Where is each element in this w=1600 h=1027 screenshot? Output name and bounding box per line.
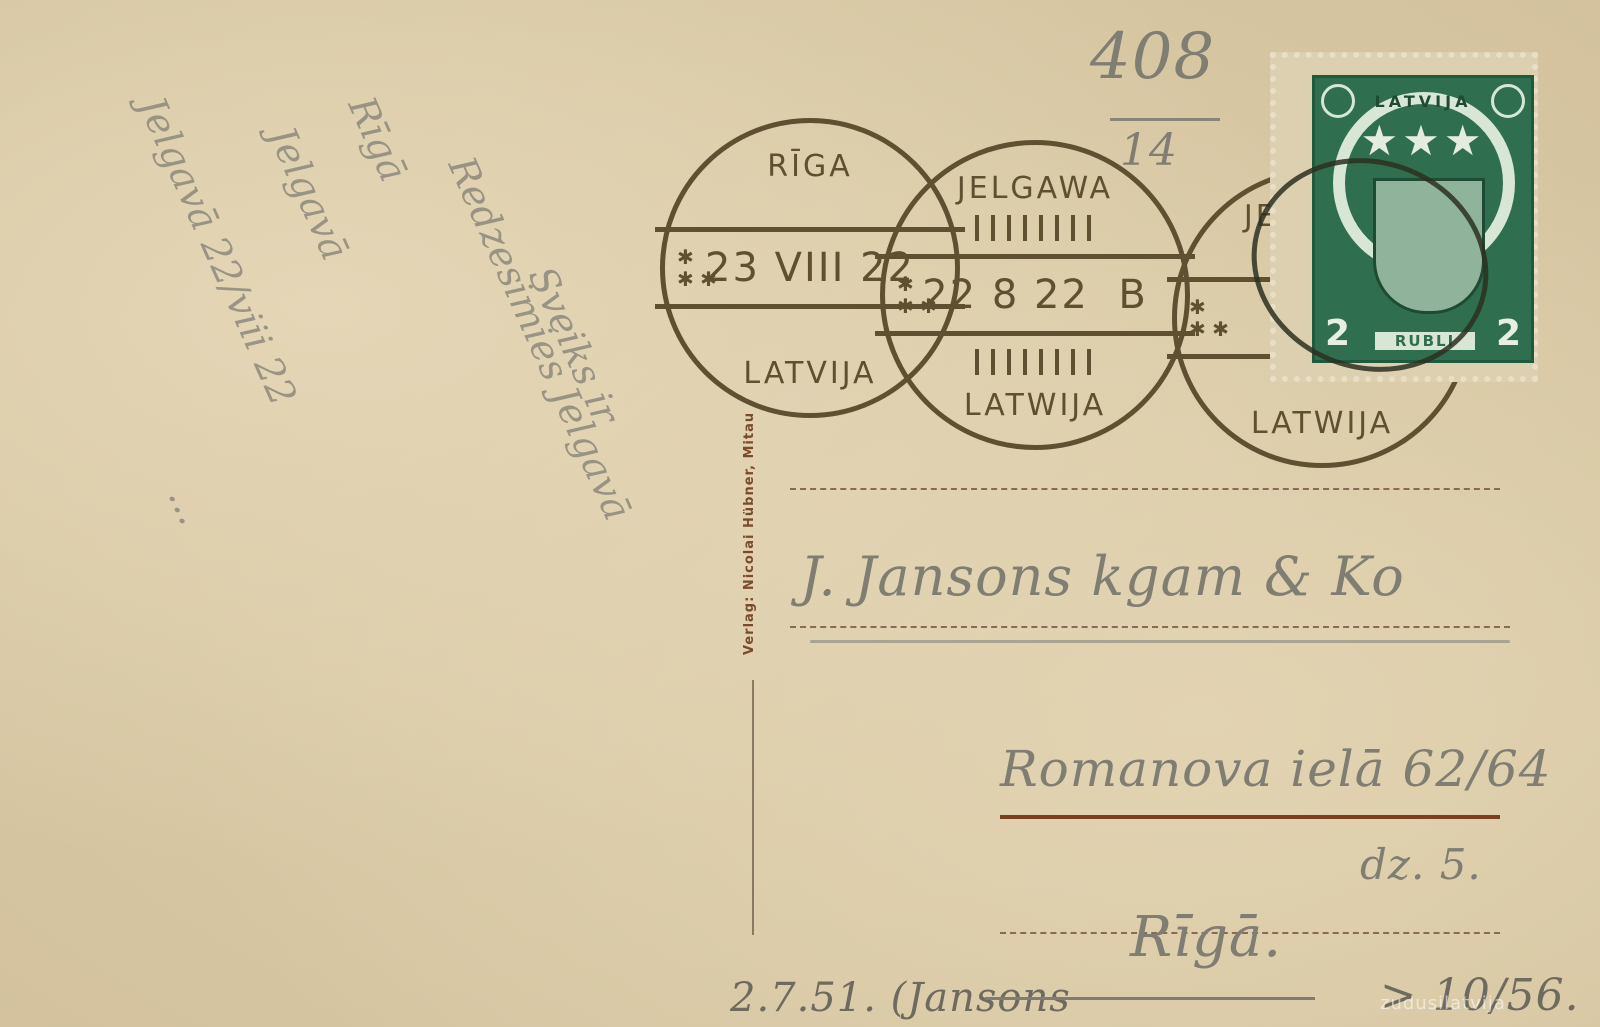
address-rule-1 xyxy=(790,488,1500,490)
message-line: ... xyxy=(160,480,215,531)
archive-number-rule xyxy=(1110,118,1220,121)
recipient-name: J. Jansons kgam & Ko xyxy=(800,545,1405,608)
address-rule-2 xyxy=(790,626,1510,628)
recipient-apartment: dz. 5. xyxy=(1360,840,1482,889)
publisher-imprint: Verlag: Nicolai Hübner, Mitau xyxy=(742,412,757,655)
postmark-country: LATWIJA xyxy=(885,388,1185,423)
archive-number-top: 408 xyxy=(1090,20,1215,94)
postmark-date: 22 8 22 B xyxy=(885,272,1185,318)
postmark-city: JELGAWA xyxy=(885,171,1185,206)
postmark-series: B xyxy=(1118,272,1147,318)
postmark-country: LATWIJA xyxy=(1177,406,1467,441)
postmark-stars-icon: ✱✱ ✱ xyxy=(1189,296,1229,340)
postmark-jelgava: JELGAWA ✱✱ ✱ 22 8 22 B LATWIJA xyxy=(880,140,1190,450)
stamp-value-right: 2 xyxy=(1496,313,1521,354)
address-rule-3 xyxy=(1000,815,1500,819)
postcard: Jelgavā 22/viii 22 Rīgā Redzesimies Jelg… xyxy=(0,0,1600,1027)
stamp-country: LATVIJA xyxy=(1315,92,1531,111)
recipient-street: Romanova ielā 62/64 xyxy=(1000,740,1552,798)
recipient-city: Rīgā. xyxy=(1130,905,1282,970)
annotation-line xyxy=(985,997,1315,1000)
archive-number-bottom: 14 xyxy=(1120,125,1178,176)
watermark: zudusilatvija xyxy=(1380,993,1506,1014)
center-divider xyxy=(752,680,754,935)
pencil-underline xyxy=(810,640,1510,643)
message-line: Jelgavā xyxy=(260,120,358,267)
message-line: Rīgā xyxy=(340,90,416,188)
message-line: Redzesimies Jelgavā xyxy=(440,150,640,527)
